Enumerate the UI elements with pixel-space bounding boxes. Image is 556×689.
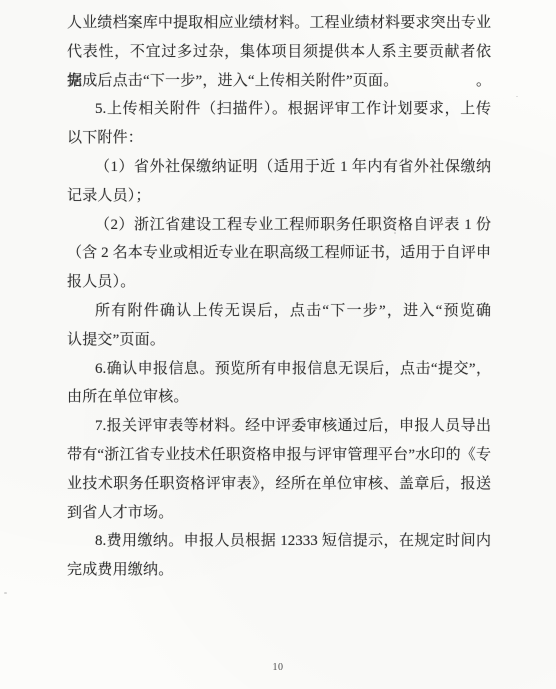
text-line: 到省人才市场。 xyxy=(67,499,491,528)
text-line: 6.确认申报信息。预览所有申报信息无误后，点击“提交”， xyxy=(67,355,491,384)
text-line: 认提交”页面。 xyxy=(67,326,491,355)
text-line: 8.费用缴纳。申报人员根据 12333 短信提示，在规定时间内 xyxy=(67,527,491,556)
text-line: 以下附件： xyxy=(67,124,491,153)
text-line: 报人员）。 xyxy=(67,268,491,297)
text-line: 所有附件确认上传无误后，点击“下一步”，进入“预览确 xyxy=(67,297,491,326)
text-line: （1）省外社保缴纳证明（适用于近 1 年内有省外社保缴纳 xyxy=(67,153,491,182)
text-line: 由所在单位审核。 xyxy=(67,383,491,412)
text-line: 人业绩档案库中提取相应业绩材料。工程业绩材料要求突出专业 xyxy=(67,9,491,38)
text-line: 带有“浙江省专业技术任职资格申报与评审管理平台”水印的《专 xyxy=(67,441,491,470)
text-line: 记录人员）； xyxy=(67,182,491,211)
text-line: 业技术职务任职资格评审表》，经所在单位审核、盖章后，报送 xyxy=(67,470,491,499)
text-line: （含 2 名本专业或相近专业在职高级工程师证书，适用于自评申 xyxy=(67,239,491,268)
text-line: 7.报关评审表等材料。经中评委审核通过后，申报人员导出 xyxy=(67,412,491,441)
scan-speck xyxy=(394,232,396,234)
page-number: 10 xyxy=(0,661,556,675)
body-text: 人业绩档案库中提取相应业绩材料。工程业绩材料要求突出专业代表性，不宜过多过杂，集… xyxy=(67,9,491,585)
document-page: 人业绩档案库中提取相应业绩材料。工程业绩材料要求突出专业代表性，不宜过多过杂，集… xyxy=(0,0,556,689)
text-line: 代表性，不宜过多过杂，集体项目须提供本人系主要贡献者依据。 xyxy=(67,38,491,67)
text-line: （2）浙江省建设工程专业工程师职务任职资格自评表 1 份 xyxy=(67,211,491,240)
scan-speck xyxy=(516,96,518,97)
text-line: 完成费用缴纳。 xyxy=(67,556,491,585)
text-line: 5.上传相关附件（扫描件）。根据评审工作计划要求，上传 xyxy=(67,95,491,124)
scan-speck xyxy=(4,592,7,594)
